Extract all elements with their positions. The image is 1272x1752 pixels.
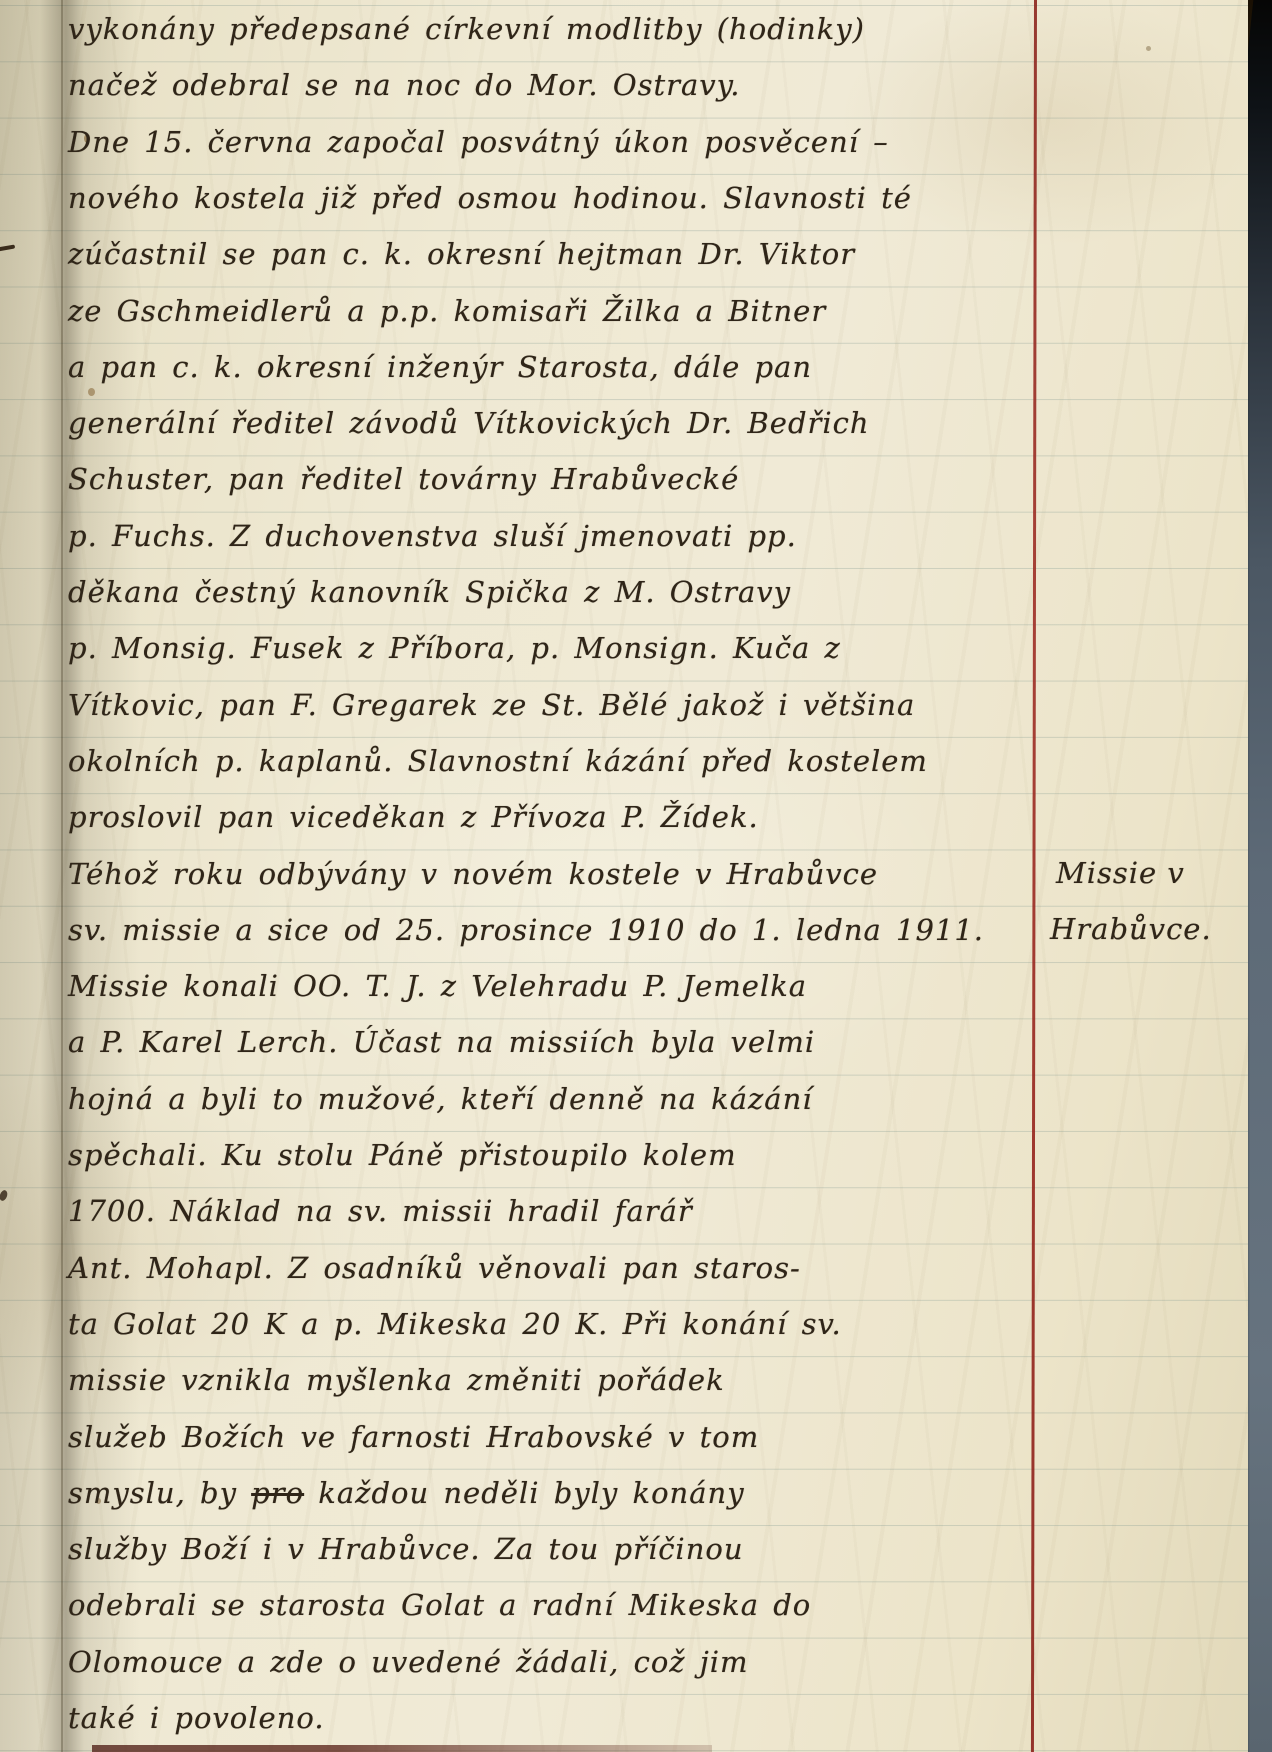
struck-word: pro xyxy=(251,1476,304,1510)
manuscript-line: 1700. Náklad na sv. missii hradil farář xyxy=(68,1194,1033,1228)
manuscript-line: okolních p. kaplanů. Slavnostní kázání p… xyxy=(68,744,1033,778)
manuscript-line: Missie konali OO. T. J. z Velehradu P. J… xyxy=(68,969,1033,1003)
gutter-crease-line xyxy=(61,0,63,1752)
manuscript-line: Olomouce a zde o uvedené žádali, což jim xyxy=(68,1645,1033,1679)
manuscript-line: Schuster, pan ředitel továrny Hrabůvecké xyxy=(68,462,1033,496)
margin-note: Missie v xyxy=(1056,856,1185,890)
manuscript-line: smyslu, by pro každou neděli byly konány xyxy=(68,1476,1033,1510)
manuscript-line: také i povoleno. xyxy=(68,1701,1033,1735)
chronicle-page: vykonány předepsané církevní modlitby (h… xyxy=(0,0,1248,1752)
manuscript-line: p. Monsig. Fusek z Příbora, p. Monsign. … xyxy=(68,631,1033,665)
manuscript-line: nového kostela již před osmou hodinou. S… xyxy=(68,181,1033,215)
book-photo: vykonány předepsané církevní modlitby (h… xyxy=(0,0,1272,1752)
manuscript-line: proslovil pan viceděkan z Přívoza P. Žíd… xyxy=(68,800,1033,834)
margin-note: Hrabůvce. xyxy=(1050,912,1212,946)
manuscript-line: děkana čestný kanovník Spička z M. Ostra… xyxy=(68,575,1033,609)
manuscript-line: p. Fuchs. Z duchovenstva sluší jmenovati… xyxy=(68,519,1033,553)
manuscript-line: a pan c. k. okresní inženýr Starosta, dá… xyxy=(68,350,1033,384)
manuscript-line: načež odebral se na noc do Mor. Ostravy. xyxy=(68,68,1033,102)
manuscript-line: služeb Božích ve farnosti Hrabovské v to… xyxy=(68,1420,1033,1454)
manuscript-line: spěchali. Ku stolu Páně přistoupilo kole… xyxy=(68,1138,1033,1172)
manuscript-text: vykonány předepsané církevní modlitby (h… xyxy=(68,0,1033,1752)
manuscript-line: hojná a byli to mužové, kteří denně na k… xyxy=(68,1082,1033,1116)
manuscript-line: missie vznikla myšlenka změniti pořádek xyxy=(68,1363,1033,1397)
manuscript-line: ta Golat 20 K a p. Mikeska 20 K. Při kon… xyxy=(68,1307,1033,1341)
manuscript-line: generální ředitel závodů Vítkovických Dr… xyxy=(68,406,1033,440)
manuscript-line: Ant. Mohapl. Z osadníků věnovali pan sta… xyxy=(68,1251,1033,1285)
margin-notes: Missie v Hrabůvce. xyxy=(1056,0,1256,1752)
manuscript-line: odebrali se starosta Golat a radní Mikes… xyxy=(68,1588,1033,1622)
manuscript-line: ze Gschmeidlerů a p.p. komisaři Žilka a … xyxy=(68,294,1033,328)
manuscript-line: Dne 15. června započal posvátný úkon pos… xyxy=(68,125,1033,159)
manuscript-line: vykonány předepsané církevní modlitby (h… xyxy=(68,12,1033,46)
manuscript-line: Téhož roku odbývány v novém kostele v Hr… xyxy=(68,857,1033,891)
manuscript-line: a P. Karel Lerch. Účast na missiích byla… xyxy=(68,1025,1033,1059)
manuscript-line: sv. missie a sice od 25. prosince 1910 d… xyxy=(68,913,1033,947)
manuscript-line: zúčastnil se pan c. k. okresní hejtman D… xyxy=(68,237,1033,271)
manuscript-line: Vítkovic, pan F. Gregarek ze St. Bělé ja… xyxy=(68,688,1033,722)
manuscript-line: služby Boží i v Hrabůvce. Za tou příčino… xyxy=(68,1532,1033,1566)
